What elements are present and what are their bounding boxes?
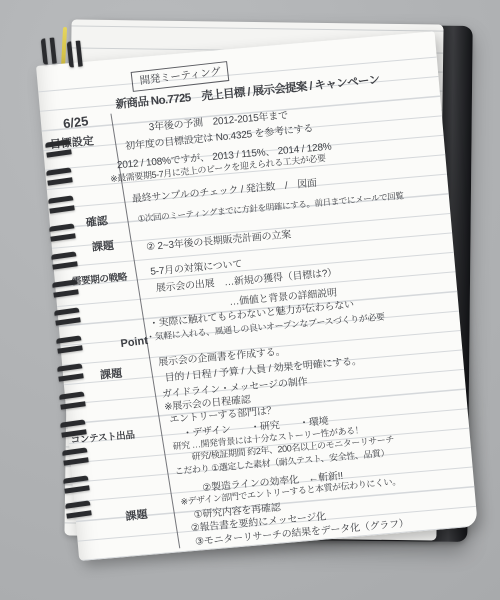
margin-label: 課題 xyxy=(91,237,114,255)
margin-label-date: 6/25 xyxy=(62,113,89,131)
margin-label: コンテスト出品 xyxy=(70,427,135,447)
photo-scene: 開発ミーティング 新商品 No.7725 売上目標 / 展示会提案 / キャンペ… xyxy=(0,0,500,600)
note-page: 開発ミーティング 新商品 No.7725 売上目標 / 展示会提案 / キャンペ… xyxy=(36,31,478,561)
note-line: ② 2~3年後の長期販売計画の立案 xyxy=(145,225,291,253)
margin-label: 課題 xyxy=(99,365,122,383)
spiral-coil-icon xyxy=(41,37,59,64)
margin-label: 需要期の戦略 xyxy=(71,269,127,288)
margin-label: 確認 xyxy=(85,212,109,230)
margin-label: Point xyxy=(120,335,149,350)
margin-label: 目標設定 xyxy=(49,132,94,152)
margin-label: 課題 xyxy=(125,506,149,524)
